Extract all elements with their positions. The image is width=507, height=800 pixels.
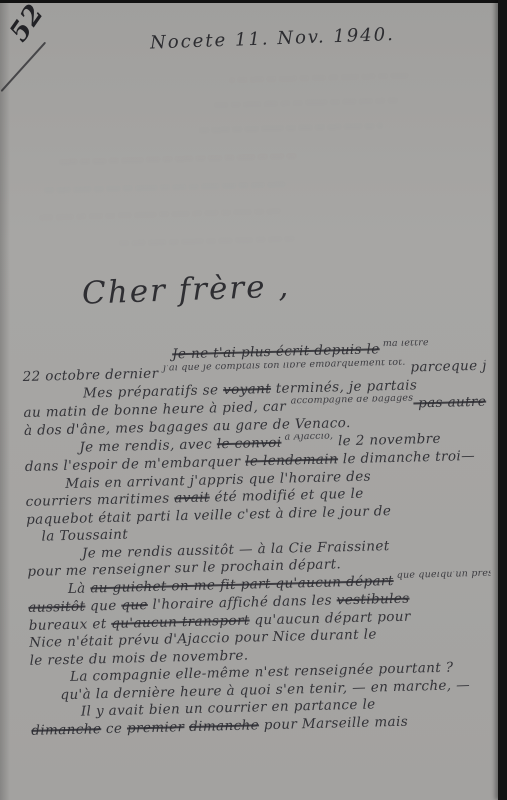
verso-showthrough: ·· ···· ·· ··· ····· ·· ··· ·· ··· ···· … xyxy=(200,116,490,139)
struck-text: le convoi xyxy=(217,434,282,452)
struck-text: vestibules xyxy=(337,591,410,609)
letter-text: la Toussaint xyxy=(41,526,128,544)
letter-text: le 2 novembre xyxy=(333,430,441,449)
page-number: 52 xyxy=(4,0,50,47)
verso-showthrough: · ·· ··· ·· ···· ·· ··· ·· ···· ··· ·· ·… xyxy=(230,67,490,89)
letter-body: Je ne t'ai plus écrit depuis le ma lettr… xyxy=(22,339,494,740)
interline-insertion: ma lettre xyxy=(379,339,428,350)
letter-text: pour Marseille mais xyxy=(259,713,408,733)
struck-text: qu'aucun transport xyxy=(111,612,250,631)
place-and-date-line: Nocete 11. Nov. 1940. xyxy=(150,23,411,53)
letter-text: le dimanche troi— xyxy=(338,448,475,467)
verso-showthrough: ··· ·· ···· ··· ·· ·· ····· ·· ··· ··· ·… xyxy=(215,91,490,113)
struck-text: dimanche xyxy=(31,721,101,739)
letter-text: que xyxy=(85,598,121,615)
letter-text: qu'aucun départ pour xyxy=(249,608,410,628)
scan-edge-top xyxy=(0,0,507,3)
letter-text: Là xyxy=(68,580,91,597)
struck-text: pas autre xyxy=(413,393,486,411)
letter-text: transport xyxy=(486,393,487,409)
struck-text: avait xyxy=(174,489,210,506)
scan-shadow-left xyxy=(0,0,10,800)
letter-text: courriers maritimes xyxy=(26,490,175,510)
salutation: Cher frère , xyxy=(81,268,290,311)
letter-text: bureaux et xyxy=(29,615,112,633)
letter-text: Mes préparatifs se xyxy=(83,382,223,401)
interline-insertion: que quelqu'un présent xyxy=(393,570,491,580)
letter-text: terminés, je partais xyxy=(271,377,418,397)
verso-showthrough: ··· ···· ·· ··· ·· ··· ····· ·· ···· ·· … xyxy=(40,199,485,226)
scanned-letter-page: · ·· ··· ·· ···· ·· ··· ·· ···· ··· ·· ·… xyxy=(0,0,507,800)
letter-text: Je me rendis, avec xyxy=(79,436,217,455)
letter-text: parceque je comptais venir à Nice. xyxy=(405,357,485,375)
struck-text: voyant xyxy=(223,381,271,398)
verso-showthrough: ·· ··· ···· ·· ····· ·· ··· ···· ·· ··· … xyxy=(120,227,480,251)
struck-text: que xyxy=(121,597,148,614)
letter-text: ce xyxy=(101,720,127,737)
struck-text: Je ne t'ai plus écrit depuis le xyxy=(172,341,380,362)
letter-text: été modifié et que le xyxy=(210,486,364,506)
struck-text: aussitôt xyxy=(28,599,85,616)
struck-text: dimanche xyxy=(189,717,259,735)
struck-text: premier xyxy=(127,719,185,736)
scan-edge-right xyxy=(498,0,507,800)
verso-showthrough: ···· ·· ··· ·· ····· ··· ·· ···· ·· ··· … xyxy=(60,145,480,171)
letter-text: 22 octobre dernier xyxy=(22,365,163,384)
verso-showthrough: ·· ··· ···· ·· ··· ·· ····· ·· ··· ·· ··… xyxy=(45,172,485,199)
struck-text: le lendemain xyxy=(245,451,338,469)
